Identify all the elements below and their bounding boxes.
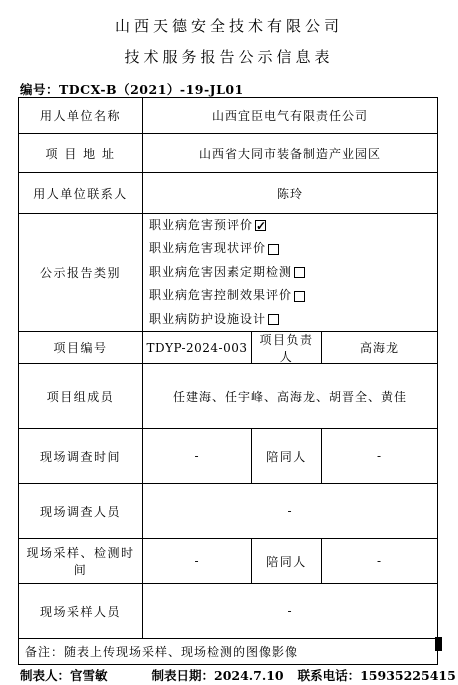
row-label: 陪同人 xyxy=(252,539,322,583)
footer: 制表人：官雪敏 制表日期：2024.7.10 联系电话：15935225415 xyxy=(20,666,450,684)
row-label: 陪同人 xyxy=(252,429,322,483)
table-row-project-number: 项目编号 TDYP-2024-003 项目负责人 高海龙 xyxy=(19,332,437,364)
row-label: 用人单位联系人 xyxy=(19,173,143,213)
footer-date: 制表日期：2024.7.10 xyxy=(152,666,284,684)
table-row-sampling-staff: 现场采样人员 - xyxy=(19,584,437,639)
table-row-report-type: 公示报告类别 职业病危害预评价 ✓ 职业病危害现状评价 职业病危害因素定期检测 … xyxy=(19,214,437,332)
report-type-option: 职业病危害预评价 ✓ xyxy=(149,214,266,237)
report-type-option: 职业病防护设施设计 xyxy=(149,308,279,331)
row-label: 项目编号 xyxy=(19,332,143,363)
table-row-project-members: 项目组成员 任建海、任宇峰、高海龙、胡晋全、黄佳 xyxy=(19,364,437,429)
report-type-option: 职业病危害现状评价 xyxy=(149,237,279,261)
note-text: 备注：随表上传现场采样、现场检测的图像影像 xyxy=(19,639,437,664)
row-value: - xyxy=(143,539,252,583)
row-value: - xyxy=(322,429,437,483)
table-row-survey-staff: 现场调查人员 - xyxy=(19,484,437,539)
document-page: 山西天德安全技术有限公司 技术服务报告公示信息表 编号：TDCX-B（2021）… xyxy=(0,0,458,685)
row-label: 项 目 地 址 xyxy=(19,134,143,172)
company-title: 山西天德安全技术有限公司 xyxy=(0,0,458,36)
report-type-options: 职业病危害预评价 ✓ 职业病危害现状评价 职业病危害因素定期检测 职业病危害控制… xyxy=(143,214,437,331)
option-label: 职业病危害现状评价 xyxy=(149,237,266,261)
row-value: - xyxy=(143,484,437,538)
row-label: 现场调查时间 xyxy=(19,429,143,483)
table-row-note: 备注：随表上传现场采样、现场检测的图像影像 xyxy=(19,639,437,664)
footer-phone: 联系电话：15935225415 xyxy=(298,666,456,684)
row-label: 项目负责人 xyxy=(252,332,322,363)
row-label: 现场采样人员 xyxy=(19,584,143,638)
option-label: 职业病危害预评价 xyxy=(149,214,253,237)
row-value: - xyxy=(143,429,252,483)
checkbox-checked-icon: ✓ xyxy=(255,220,266,231)
row-value: - xyxy=(322,539,437,583)
table-row-survey-time: 现场调查时间 - 陪同人 - xyxy=(19,429,437,484)
option-label: 职业病防护设施设计 xyxy=(149,308,266,331)
checkbox-icon xyxy=(268,244,279,255)
scan-artifact-mark xyxy=(435,637,442,651)
report-type-option: 职业病危害控制效果评价 xyxy=(149,284,305,308)
form-title: 技术服务报告公示信息表 xyxy=(0,46,458,67)
option-label: 职业病危害因素定期检测 xyxy=(149,261,292,285)
project-number-value: TDYP-2024-003 xyxy=(143,332,252,363)
table-row-project-address: 项 目 地 址 山西省大同市装备制造产业园区 xyxy=(19,134,437,173)
row-value: 山西省大同市装备制造产业园区 xyxy=(143,134,437,172)
row-label: 用人单位名称 xyxy=(19,98,143,133)
row-label: 现场采样、检测时间 xyxy=(19,539,143,583)
checkbox-icon xyxy=(294,267,305,278)
table-row-employer-contact: 用人单位联系人 陈玲 xyxy=(19,173,437,214)
row-value: 任建海、任宇峰、高海龙、胡晋全、黄佳 xyxy=(143,364,437,428)
row-label: 现场调查人员 xyxy=(19,484,143,538)
table-row-employer-name: 用人单位名称 山西宜臣电气有限责任公司 xyxy=(19,98,437,134)
report-type-option: 职业病危害因素定期检测 xyxy=(149,261,305,285)
checkbox-icon xyxy=(268,314,279,325)
doc-number: 编号：TDCX-B（2021）-19-JL01 xyxy=(20,80,458,98)
row-value: 陈玲 xyxy=(143,173,437,213)
option-label: 职业病危害控制效果评价 xyxy=(149,284,292,308)
row-label: 项目组成员 xyxy=(19,364,143,428)
row-label: 公示报告类别 xyxy=(19,214,143,331)
project-leader-value: 高海龙 xyxy=(322,332,437,363)
info-table: 用人单位名称 山西宜臣电气有限责任公司 项 目 地 址 山西省大同市装备制造产业… xyxy=(18,97,438,665)
checkbox-icon xyxy=(294,291,305,302)
row-value: 山西宜臣电气有限责任公司 xyxy=(143,98,437,133)
footer-maker: 制表人：官雪敏 xyxy=(20,666,108,684)
table-row-sampling-time: 现场采样、检测时间 - 陪同人 - xyxy=(19,539,437,584)
row-value: - xyxy=(143,584,437,638)
